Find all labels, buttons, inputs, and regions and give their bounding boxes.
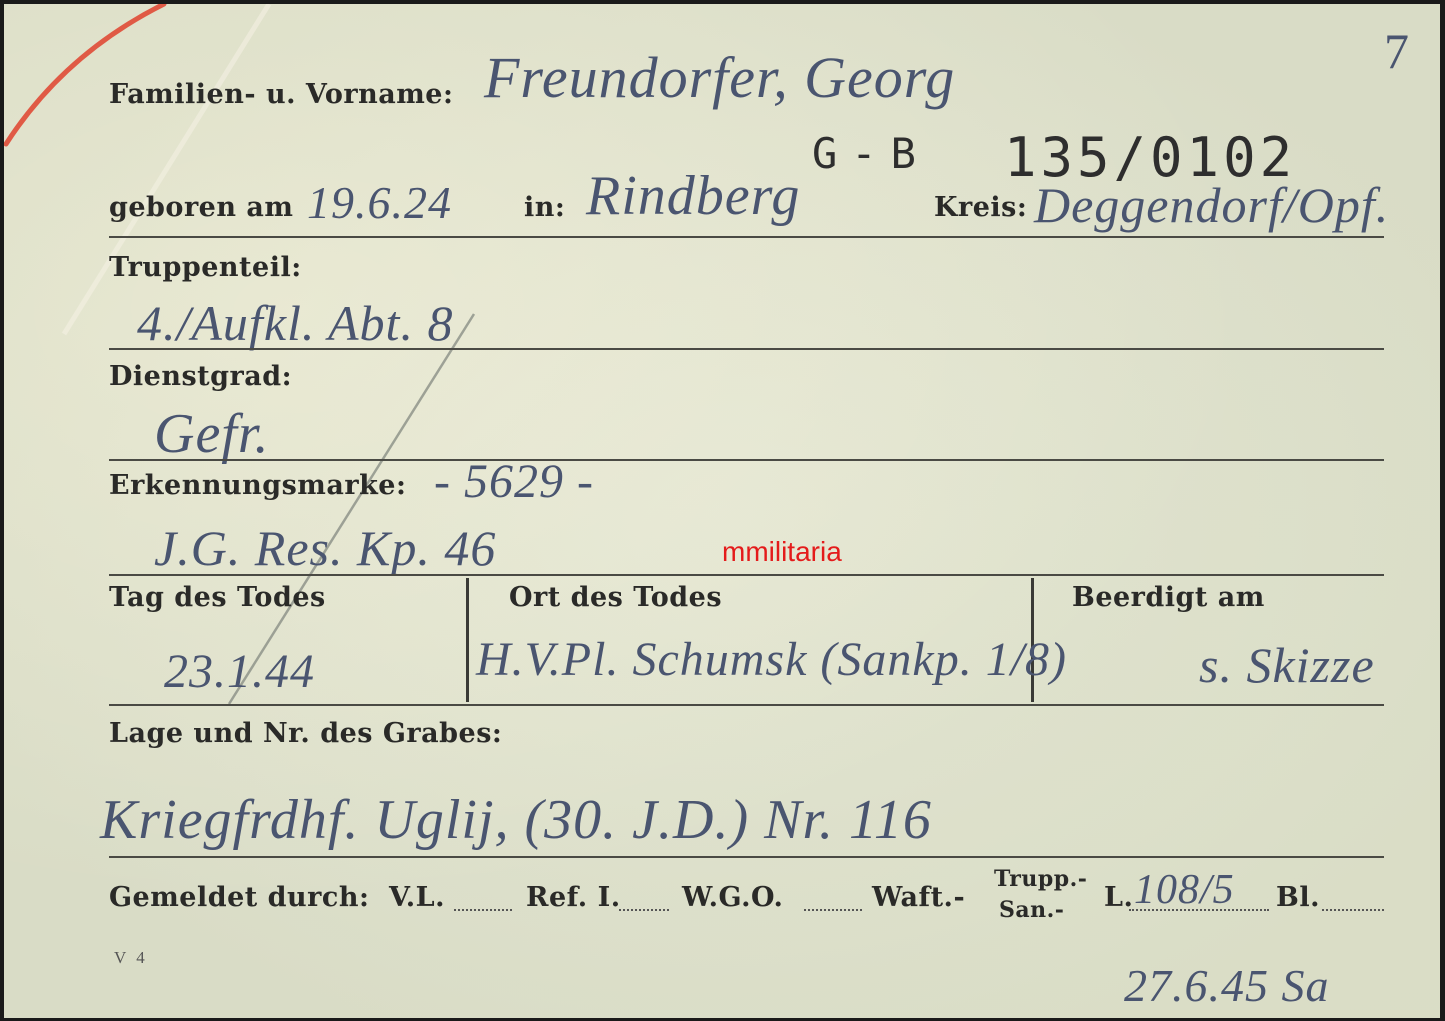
rule-grave xyxy=(109,856,1384,858)
rule-id-tag xyxy=(109,574,1384,576)
rank-label: Dienstgrad: xyxy=(109,361,292,392)
reported-option-waft: Waft.- xyxy=(872,882,965,913)
unit-label: Truppenteil: xyxy=(109,252,302,283)
rule-death xyxy=(109,704,1384,706)
name-value: Freundorfer, Georg xyxy=(484,44,955,111)
id-tag-value: - 5629 - xyxy=(434,454,594,509)
san-label: San.- xyxy=(999,897,1064,923)
buried-value: s. Skizze xyxy=(1199,636,1375,694)
death-date-value: 23.1.44 xyxy=(164,644,315,699)
rank-value: Gefr. xyxy=(154,402,269,466)
footer-note: 27.6.45 Sa xyxy=(1124,959,1330,1012)
id-tag-unit-value: J.G. Res. Kp. 46 xyxy=(154,519,496,577)
bl-label: Bl. xyxy=(1276,882,1320,913)
id-tag-label: Erkennungsmarke: xyxy=(109,470,406,501)
file-code-prefix: G-B xyxy=(812,129,930,178)
unit-value: 4./Aufkl. Abt. 8 xyxy=(137,294,453,352)
name-label: Familien- u. Vorname: xyxy=(109,79,453,110)
rule-unit xyxy=(109,348,1384,350)
reported-by-label: Gemeldet durch: xyxy=(109,882,369,913)
reported-option-wgo: W.G.O. xyxy=(682,882,783,913)
red-pencil-mark-icon xyxy=(6,4,164,144)
fold-crease-icon xyxy=(64,4,269,334)
rule-rank xyxy=(109,459,1384,461)
district-value: Deggendorf/Opf. xyxy=(1034,176,1389,234)
grave-label: Lage und Nr. des Grabes: xyxy=(109,718,502,749)
reported-option-ref: Ref. I. xyxy=(526,882,621,913)
death-record-card: 7 Familien- u. Vorname: Freundorfer, Geo… xyxy=(4,4,1440,1018)
birthplace-label: in: xyxy=(524,192,565,223)
watermark: mmilitaria xyxy=(722,536,842,568)
born-value: 19.6.24 xyxy=(307,176,452,229)
rule-born xyxy=(109,236,1384,238)
death-place-value: H.V.Pl. Schumsk (Sankp. 1/8) xyxy=(476,632,1067,687)
l-value: 108/5 xyxy=(1134,866,1235,914)
column-divider-1 xyxy=(466,578,469,702)
born-label: geboren am xyxy=(109,192,293,223)
grave-value: Kriegfrdhf. Uglij, (30. J.D.) Nr. 116 xyxy=(100,788,932,852)
form-code: V 4 xyxy=(114,948,148,968)
death-place-label: Ort des Todes xyxy=(509,582,722,613)
buried-label: Beerdigt am xyxy=(1072,582,1265,613)
trupp-label: Trupp.- xyxy=(994,866,1087,892)
district-label: Kreis: xyxy=(934,192,1027,223)
reported-option-vl: V.L. xyxy=(389,882,445,913)
corner-number: 7 xyxy=(1384,22,1410,80)
death-date-label: Tag des Todes xyxy=(109,582,326,613)
birthplace-value: Rindberg xyxy=(586,164,800,228)
